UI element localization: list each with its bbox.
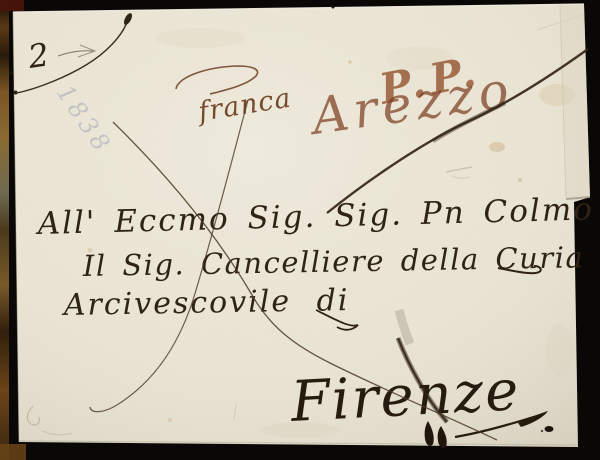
- photo-frame: 2 1838 franca P.P. Arezzo All' Eccmo Sig…: [0, 0, 600, 460]
- wood-edge: [0, 0, 9, 460]
- stain: [155, 28, 245, 48]
- stain: [546, 324, 574, 376]
- destination-name: Firenze: [288, 358, 521, 435]
- letter-photo: 2 1838 franca P.P. Arezzo All' Eccmo Sig…: [0, 0, 600, 460]
- edge-speck: [9, 71, 12, 74]
- edge-speck: [332, 6, 335, 9]
- flourish-dot: [14, 91, 18, 95]
- stain: [489, 142, 505, 152]
- frame-corner-top-left: [0, 0, 24, 11]
- letter-paper: 2 1838 franca P.P. Arezzo All' Eccmo Sig…: [0, 0, 600, 460]
- frame-corner-bottom-left: [0, 444, 26, 460]
- ink-spot: [545, 426, 554, 432]
- foxing-spot: [348, 60, 352, 64]
- ink-spot-satellite: [541, 430, 543, 432]
- address-line-3: Arcivescovile di: [61, 283, 350, 323]
- foxing-spot: [168, 418, 172, 422]
- foxing-spot: [518, 178, 522, 182]
